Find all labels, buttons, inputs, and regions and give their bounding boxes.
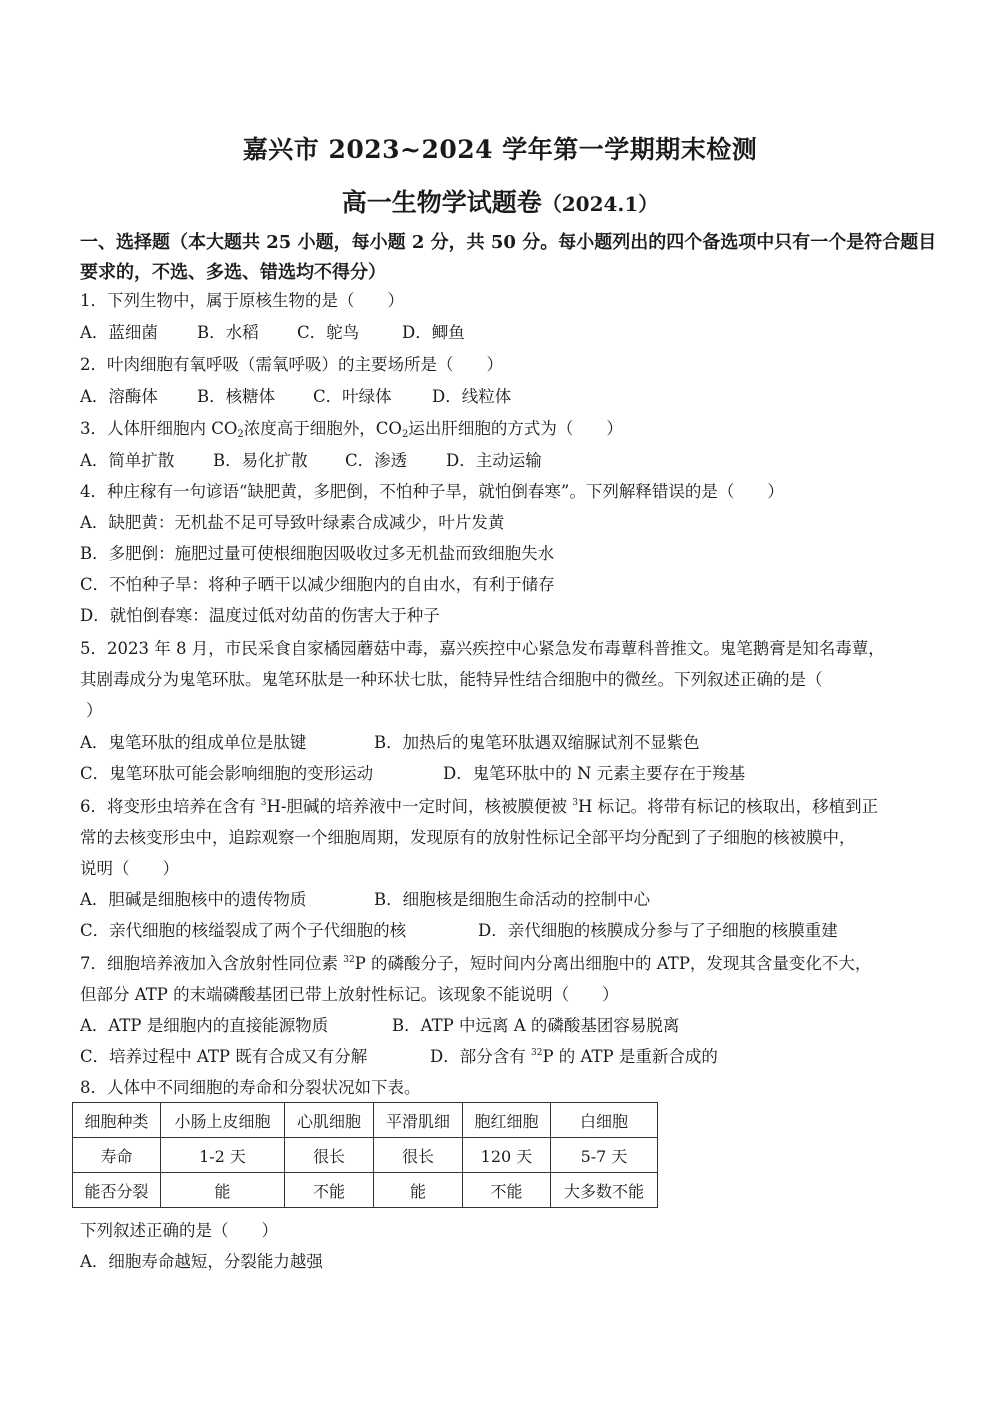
option-a[interactable]: A．鬼笔环肽的组成单位是肽键 [80,732,306,754]
option-d[interactable]: D．线粒体 [432,386,511,408]
table-cell: 不能 [285,1173,374,1208]
question-text: 人体中不同细胞的寿命和分裂状况如下表。 [107,1078,421,1097]
option-b[interactable]: B．加热后的鬼笔环肽遇双缩脲试剂不显紫色 [374,732,700,754]
question-text: P 的磷酸分子，短时间内分离出细胞中的 ATP，发现其含量变化不大， [355,954,872,973]
question-text: 下列生物中，属于原核生物的是（ ） [107,291,404,310]
question-6-options-row2: C．亲代细胞的核缢裂成了两个子代细胞的核 D．亲代细胞的核膜成分参与了子细胞的核… [0,920,1000,942]
question-6-stem-line2: 常的去核变形虫中，追踪观察一个细胞周期，发现原有的放射性标记全部平均分配到了子细… [80,827,856,849]
option-c[interactable]: C．渗透 [345,450,407,472]
question-text: 叶肉细胞有氧呼吸（需氧呼吸）的主要场所是（ ） [107,355,503,374]
exam-subtitle: 高一生物学试题卷（2024.1） [0,183,1000,219]
question-6-stem-line3: 说明（ ） [80,858,179,880]
option-c[interactable]: C．鬼笔环肽可能会影响细胞的变形运动 [80,763,373,785]
option-b[interactable]: B．水稻 [197,322,259,344]
question-7-options-row1: A．ATP 是细胞内的直接能源物质 B．ATP 中远离 A 的磷酸基团容易脱离 [0,1015,1000,1037]
table-cell: 1-2 天 [161,1138,285,1173]
option-a[interactable]: A．ATP 是细胞内的直接能源物质 [80,1015,328,1037]
table-cell: 细胞种类 [73,1103,161,1138]
question-1-stem: 1．下列生物中，属于原核生物的是（ ） [80,290,404,312]
question-number: 5． [80,639,107,658]
option-d[interactable]: D．亲代细胞的核膜成分参与了子细胞的核膜重建 [478,920,838,942]
question-text: 将变形虫培养在含有 [107,797,261,816]
table-row: 寿命 1-2 天 很长 很长 120 天 5-7 天 [73,1138,658,1173]
question-6-options-row1: A．胆碱是细胞核中的遗传物质 B．细胞核是细胞生命活动的控制中心 [0,889,1000,911]
option-b[interactable]: B．ATP 中远离 A 的磷酸基团容易脱离 [392,1015,679,1037]
table-cell: 能否分裂 [73,1173,161,1208]
question-text: 2023 年 8 月，市民采食自家橘园蘑菇中毒，嘉兴疾控中心紧急发布毒蕈科普推文… [107,639,885,658]
question-5-stem-line2: 其剧毒成分为鬼笔环肽。鬼笔环肽是一种环状七肽，能特异性结合细胞中的微丝。下列叙述… [80,669,823,691]
option-a[interactable]: A．缺肥黄：无机盐不足可导致叶绿素合成减少，叶片发黄 [80,512,504,534]
option-c[interactable]: C．不怕种子旱：将种子晒干以减少细胞内的自由水，有利于储存 [80,574,555,596]
cell-lifespan-table: 细胞种类 小肠上皮细胞 心肌细胞 平滑肌细 胞红细胞 白细胞 寿命 1-2 天 … [72,1102,658,1208]
question-3-options: A．简单扩散 B．易化扩散 C．渗透 D．主动运输 [0,450,1000,472]
option-d[interactable]: D．部分含有 32P 的 ATP 是重新合成的 [430,1046,718,1068]
question-8-followup: 下列叙述正确的是（ ） [80,1220,278,1242]
question-5-stem-line1: 5．2023 年 8 月，市民采食自家橘园蘑菇中毒，嘉兴疾控中心紧急发布毒蕈科普… [80,638,885,660]
table-cell: 小肠上皮细胞 [161,1103,285,1138]
table-cell: 能 [374,1173,463,1208]
question-2-options: A．溶酶体 B．核糖体 C．叶绿体 D．线粒体 [0,386,1000,408]
option-a[interactable]: A．蓝细菌 [80,322,158,344]
question-5-options-row2: C．鬼笔环肽可能会影响细胞的变形运动 D．鬼笔环肽中的 N 元素主要存在于羧基 [0,763,1000,785]
option-c[interactable]: C．鸵鸟 [297,322,359,344]
superscript: 32 [531,1048,542,1058]
question-number: 7． [80,954,107,973]
option-d[interactable]: D．主动运输 [446,450,542,472]
section-heading: 一、选择题（本大题共 25 小题，每小题 2 分，共 50 分。每小题列出的四个… [80,228,940,288]
question-text: 人体肝细胞内 CO [107,419,237,438]
table-cell: 白细胞 [551,1103,658,1138]
question-number: 4． [80,482,107,501]
option-c[interactable]: C．叶绿体 [313,386,392,408]
table-cell: 大多数不能 [551,1173,658,1208]
question-text: 细胞培养液加入含放射性同位素 [107,954,343,973]
option-a[interactable]: A．细胞寿命越短，分裂能力越强 [80,1251,323,1273]
option-b[interactable]: B．细胞核是细胞生命活动的控制中心 [374,889,650,911]
table-cell: 不能 [463,1173,551,1208]
subtitle-date: （2024.1） [542,192,659,216]
question-number: 2． [80,355,107,374]
table-cell: 胞红细胞 [463,1103,551,1138]
option-c[interactable]: C．培养过程中 ATP 既有合成又有分解 [80,1046,367,1068]
table-cell: 能 [161,1173,285,1208]
option-b[interactable]: B．多肥倒：施肥过量可使根细胞因吸收过多无机盐而致细胞失水 [80,543,554,565]
question-text: 浓度高于细胞外，CO [244,419,402,438]
table-cell: 心肌细胞 [285,1103,374,1138]
option-a[interactable]: A．胆碱是细胞核中的遗传物质 [80,889,306,911]
question-text: H-胆碱的培养液中一定时间，核被膜便被 [266,797,572,816]
exam-title: 嘉兴市 2023~2024 学年第一学期期末检测 [0,130,1000,166]
question-7-stem-line2: 但部分 ATP 的末端磷酸基团已带上放射性标记。该现象不能说明（ ） [80,984,619,1006]
option-a[interactable]: A．溶酶体 [80,386,158,408]
table-cell: 120 天 [463,1138,551,1173]
option-b[interactable]: B．易化扩散 [213,450,308,472]
question-number: 8． [80,1078,107,1097]
question-5-stem-line3: ） [86,700,103,722]
option-text: P 的 ATP 是重新合成的 [542,1047,717,1066]
question-6-stem-line1: 6．将变形虫培养在含有 3H-胆碱的培养液中一定时间，核被膜便被 3H 标记。将… [80,796,878,818]
subtitle-text: 高一生物学试题卷 [342,188,542,217]
question-number: 3． [80,419,107,438]
question-7-stem-line1: 7．细胞培养液加入含放射性同位素 32P 的磷酸分子，短时间内分离出细胞中的 A… [80,953,871,975]
table-cell: 很长 [374,1138,463,1173]
exam-page: 嘉兴市 2023~2024 学年第一学期期末检测 高一生物学试题卷（2024.1… [0,0,1000,1414]
table-row: 细胞种类 小肠上皮细胞 心肌细胞 平滑肌细 胞红细胞 白细胞 [73,1103,658,1138]
option-b[interactable]: B．核糖体 [197,386,275,408]
question-number: 6． [80,797,107,816]
question-text: 运出肝细胞的方式为（ ） [408,419,623,438]
table-cell: 寿命 [73,1138,161,1173]
question-number: 1． [80,291,107,310]
question-1-options: A．蓝细菌 B．水稻 C．鸵鸟 D．鲫鱼 [0,322,1000,344]
superscript: 32 [343,955,354,965]
option-d[interactable]: D．鲫鱼 [402,322,465,344]
question-3-stem: 3．人体肝细胞内 CO2浓度高于细胞外，CO2运出肝细胞的方式为（ ） [80,418,623,440]
question-text: 种庄稼有一句谚语“缺肥黄，多肥倒，不怕种子旱，就怕倒春寒”。下列解释错误的是（ … [107,482,784,501]
option-text: D．部分含有 [430,1047,531,1066]
question-5-options-row1: A．鬼笔环肽的组成单位是肽键 B．加热后的鬼笔环肽遇双缩脲试剂不显紫色 [0,732,1000,754]
table-row: 能否分裂 能 不能 能 不能 大多数不能 [73,1173,658,1208]
table-cell: 平滑肌细 [374,1103,463,1138]
table-cell: 很长 [285,1138,374,1173]
option-c[interactable]: C．亲代细胞的核缢裂成了两个子代细胞的核 [80,920,406,942]
option-a[interactable]: A．简单扩散 [80,450,174,472]
question-7-options-row2: C．培养过程中 ATP 既有合成又有分解 D．部分含有 32P 的 ATP 是重… [0,1046,1000,1068]
question-text: H 标记。将带有标记的核取出，移植到正 [578,797,878,816]
table-cell: 5-7 天 [551,1138,658,1173]
question-4-stem: 4．种庄稼有一句谚语“缺肥黄，多肥倒，不怕种子旱，就怕倒春寒”。下列解释错误的是… [80,481,784,503]
question-8-stem: 8．人体中不同细胞的寿命和分裂状况如下表。 [80,1077,421,1099]
option-d[interactable]: D．就怕倒春寒：温度过低对幼苗的伤害大于种子 [80,605,440,627]
option-d[interactable]: D．鬼笔环肽中的 N 元素主要存在于羧基 [443,763,745,785]
question-2-stem: 2．叶肉细胞有氧呼吸（需氧呼吸）的主要场所是（ ） [80,354,503,376]
